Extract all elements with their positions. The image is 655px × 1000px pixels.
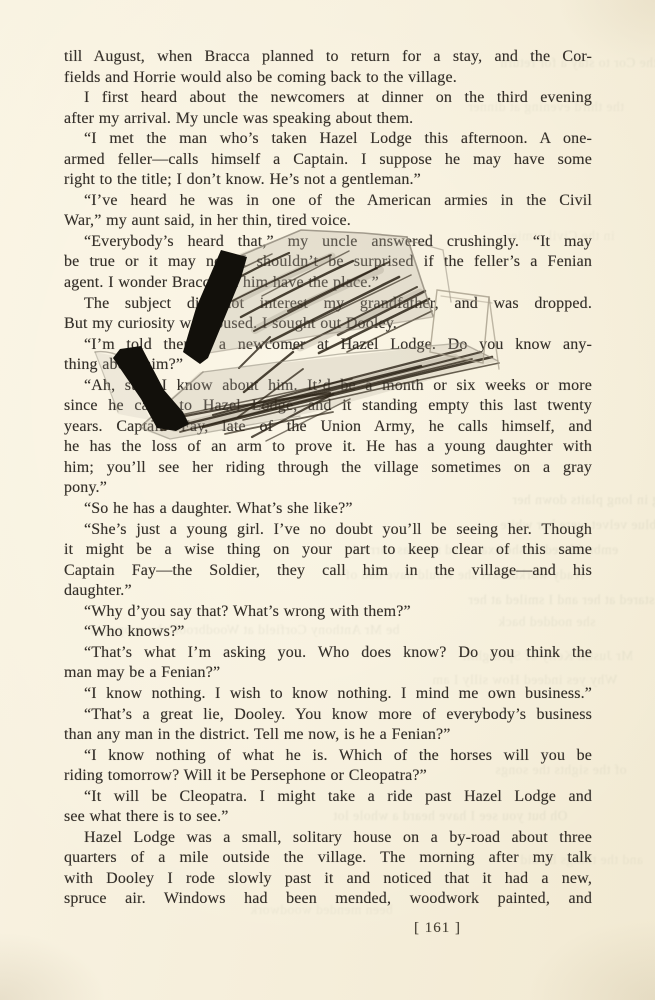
text-line: right to the title; I don’t know. He’s n… xyxy=(64,170,592,191)
text-line: be true or it may not. I shouldn’t be su… xyxy=(64,252,592,273)
text-line: riding tomorrow? Will it be Persephone o… xyxy=(64,766,592,787)
text-line: man may be a Fenian?” xyxy=(64,663,592,684)
text-line: agent. I wonder Bracca let him have the … xyxy=(64,273,592,294)
text-line: War,” my aunt said, in her thin, tired v… xyxy=(64,211,592,232)
text-line: with Dooley I rode slowly past it and no… xyxy=(64,869,592,890)
text-line: after my arrival. My uncle was speaking … xyxy=(64,109,592,130)
text-line: The subject did not interest my grandfat… xyxy=(64,294,592,315)
text-line: see what there is to see.” xyxy=(64,807,592,828)
text-line: “Ah, sure I know about him. It’d be a mo… xyxy=(64,376,592,397)
text-line: years. Captain Fay, late of the Union Ar… xyxy=(64,417,592,438)
text-line: Hazel Lodge was a small, solitary house … xyxy=(64,828,592,849)
text-line: “I know nothing. I wish to know nothing.… xyxy=(64,684,592,705)
text-line: “I’ve heard he was in one of the America… xyxy=(64,191,592,212)
text-line: daughter.” xyxy=(64,581,592,602)
text-line: “I met the man who’s taken Hazel Lodge t… xyxy=(64,129,592,150)
text-line: “So he has a daughter. What’s she like?” xyxy=(64,499,592,520)
text-line: “Everybody’s heard that,” my uncle answe… xyxy=(64,232,592,253)
text-line: “That’s what I’m asking you. Who does kn… xyxy=(64,643,592,664)
text-line: armed feller—calls himself a Captain. I … xyxy=(64,150,592,171)
text-line: “She’s just a young girl. I’ve no doubt … xyxy=(64,520,592,541)
text-line: he has the loss of an arm to prove it. H… xyxy=(64,437,592,458)
text-line: fields and Horrie would also be coming b… xyxy=(64,68,592,89)
text-line: since he came to Hazel Lodge, and it sta… xyxy=(64,396,592,417)
text-line: pony.” xyxy=(64,478,592,499)
text-line: Captain Fay—the Soldier, they call him i… xyxy=(64,561,592,582)
text-line: “That’s a great lie, Dooley. You know mo… xyxy=(64,705,592,726)
text-line: I first heard about the newcomers at din… xyxy=(64,88,592,109)
text-line: till August, when Bracca planned to retu… xyxy=(64,47,592,68)
page-number: [ 161 ] xyxy=(414,920,461,937)
text-line: spruce air. Windows had been mended, woo… xyxy=(64,889,592,910)
text-line: him; you’ll see her riding through the v… xyxy=(64,458,592,479)
text-line: “It will be Cleopatra. I might take a ri… xyxy=(64,787,592,808)
text-line: “Why d’you say that? What’s wrong with t… xyxy=(64,602,592,623)
text-line: “I know nothing of what he is. Which of … xyxy=(64,746,592,767)
text-line: thing about him?” xyxy=(64,355,592,376)
text-line: But my curiosity was roused. I sought ou… xyxy=(64,314,592,335)
book-page: and the Cor to stay a for returnthe thir… xyxy=(0,0,655,1000)
text-line: “I’m told there’s a newcomer at Hazel Lo… xyxy=(64,335,592,356)
text-line: quarters of a mile outside the village. … xyxy=(64,848,592,869)
text-block: till August, when Bracca planned to retu… xyxy=(64,47,592,910)
text-line: it might be a wise thing on your part to… xyxy=(64,540,592,561)
text-line: “Who knows?” xyxy=(64,622,592,643)
text-line: than any man in the district. Tell me no… xyxy=(64,725,592,746)
